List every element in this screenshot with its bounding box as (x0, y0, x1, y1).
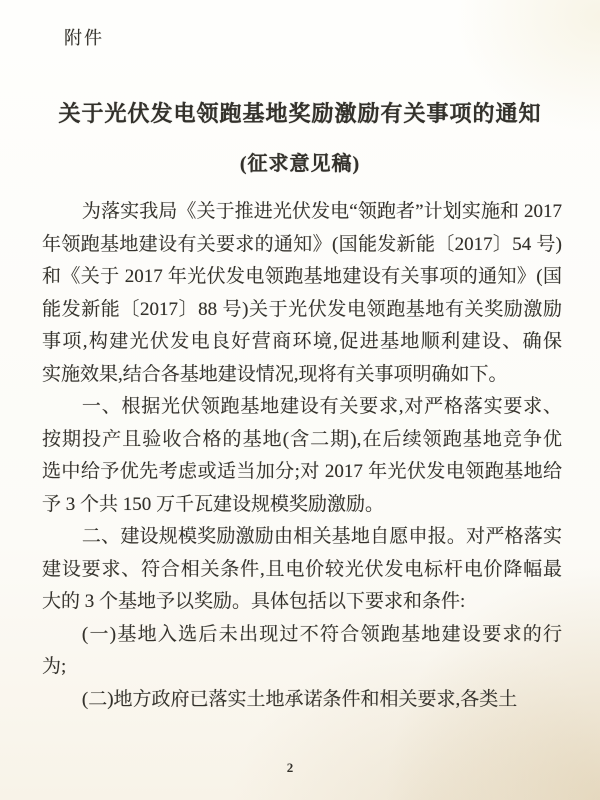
body-line: (二)地方政府已落实土地承诺条件和相关要求,各类土 (42, 684, 562, 717)
page-number: 2 (0, 760, 580, 776)
body-line: 选中给予优先考虑或适当加分;对 2017 年光伏发电领跑基地给 (42, 456, 562, 489)
attachment-label: 附件 (64, 24, 104, 50)
document-page: 附件 关于光伏发电领跑基地奖励激励有关事项的通知 (征求意见稿) 为落实我局《关… (0, 0, 600, 800)
body-line: 能发新能〔2017〕88 号)关于光伏发电领跑基地有关奖励激励 (42, 294, 562, 327)
body-line: 一、根据光伏领跑基地建设有关要求,对严格落实要求、 (42, 391, 562, 424)
body-line: 予 3 个共 150 万千瓦建设规模奖励激励。 (42, 489, 562, 522)
body-line: 按期投产且验收合格的基地(含二期),在后续领跑基地竞争优 (42, 424, 562, 457)
document-title: 关于光伏发电领跑基地奖励激励有关事项的通知 (40, 97, 560, 128)
body-line: 事项,构建光伏发电良好营商环境,促进基地顺利建设、确保 (42, 326, 562, 359)
body-line: (一)基地入选后未出现过不符合领跑基地建设要求的行 (42, 619, 562, 652)
body-line: 为; (42, 651, 562, 684)
body-line: 实施效果,结合各基地建设情况,现将有关事项明确如下。 (42, 359, 562, 392)
body-line: 为落实我局《关于推进光伏发电“领跑者”计划实施和 2017 (42, 196, 562, 229)
body-line: 年领跑基地建设有关要求的通知》(国能发新能〔2017〕54 号) (42, 229, 562, 262)
body-line: 大的 3 个基地予以奖励。具体包括以下要求和条件: (42, 586, 562, 619)
body-line: 和《关于 2017 年光伏发电领跑基地建设有关事项的通知》(国 (42, 261, 562, 294)
document-subtitle: (征求意见稿) (40, 147, 560, 176)
document-body: 为落实我局《关于推进光伏发电“领跑者”计划实施和 2017 年领跑基地建设有关要… (42, 196, 562, 716)
body-line: 建设要求、符合相关条件,且电价较光伏发电标杆电价降幅最 (42, 554, 562, 587)
body-line: 二、建设规模奖励激励由相关基地自愿申报。对严格落实 (42, 521, 562, 554)
